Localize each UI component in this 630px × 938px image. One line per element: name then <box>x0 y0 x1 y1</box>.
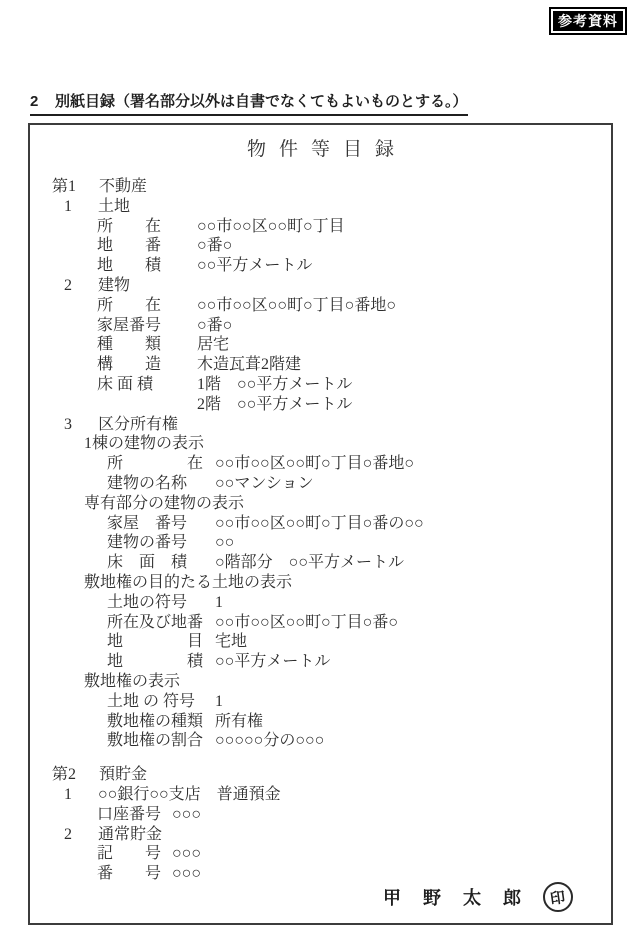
row-value: ○○市○○区○○町○丁目○番地○ <box>197 297 396 314</box>
row-whole-building-name: 建物の名称○○マンション <box>107 474 611 494</box>
row-site-right-ratio: 敷地権の割合○○○○○分の○○○ <box>107 731 611 751</box>
row-value: ○○平方メートル <box>215 653 330 670</box>
row-subheading-whole-building: 1棟の建物の表示 <box>84 434 611 454</box>
row-item-condo: 3区分所有権 <box>64 415 611 435</box>
row-value: 居宅 <box>197 336 229 353</box>
row-label: 土地の符号 <box>107 593 215 613</box>
seal-stamp: 印 <box>543 882 573 912</box>
item-title: 土地 <box>98 198 130 215</box>
item-title: ○○銀行○○支店 普通預金 <box>98 786 281 803</box>
row-value: ○○市○○区○○町○丁目 <box>197 218 345 235</box>
row-label: 敷地権の種類 <box>107 712 215 732</box>
list-title: 物件等目録 <box>30 138 611 162</box>
row-value: 1 <box>215 594 223 611</box>
row-label: 地 積 <box>97 256 197 276</box>
row-value: 1 <box>215 693 223 710</box>
row-building-floor-area-2f: 2階 ○○平方メートル <box>97 395 611 415</box>
property-list-box: 物件等目録 第1不動産 1土地 所 在○○市○○区○○町○丁目 地 番○番○ 地… <box>28 123 613 925</box>
row-site-right-land-symbol: 土地 の 符号1 <box>107 692 611 712</box>
row-bank-account-number: 口座番号○○○ <box>97 805 611 825</box>
row-value: ○○○ <box>172 865 201 882</box>
part-number: 第1 <box>52 177 99 197</box>
row-item-building: 2建物 <box>64 276 611 296</box>
row-label: 土地 の 符号 <box>107 692 215 712</box>
item-number: 3 <box>64 415 98 435</box>
row-label: 建物の名称 <box>107 474 215 494</box>
row-building-type: 種 類居宅 <box>97 335 611 355</box>
row-land-area: 地 積○○平方メートル <box>97 256 611 276</box>
row-label: 敷地権の割合 <box>107 731 215 751</box>
row-value: ○○市○○区○○町○丁目○番の○○ <box>215 515 424 532</box>
row-item-land: 1土地 <box>64 197 611 217</box>
row-site-land-symbol: 土地の符号1 <box>107 593 611 613</box>
row-value: 1階 ○○平方メートル <box>197 376 352 393</box>
row-value: 所有権 <box>215 713 263 730</box>
row-value: ○○市○○区○○町○丁目○番地○ <box>215 455 414 472</box>
row-site-land-area: 地 積○○平方メートル <box>107 652 611 672</box>
row-label: 床 面 積 <box>107 553 215 573</box>
row-value: ○○○ <box>172 845 201 862</box>
list-content: 第1不動産 1土地 所 在○○市○○区○○町○丁目 地 番○番○ 地 積○○平方… <box>30 177 611 884</box>
row-label: 家屋番号 <box>97 316 197 336</box>
item-number: 1 <box>64 785 98 805</box>
heading-text: 別紙目録（署名部分以外は自書でなくてもよいものとする。） <box>55 93 468 110</box>
row-value: ○○○ <box>172 806 201 823</box>
row-label: 所在及び地番 <box>107 613 215 633</box>
row-postal-number: 番 号○○○ <box>97 864 611 884</box>
row-label: 所 在 <box>97 217 197 237</box>
row-value: ○○市○○区○○町○丁目○番○ <box>215 614 398 631</box>
item-title: 建物 <box>98 277 130 294</box>
row-whole-building-location: 所 在○○市○○区○○町○丁目○番地○ <box>107 454 611 474</box>
signature: 甲野太郎 印 <box>383 882 573 912</box>
row-value: ○番○ <box>197 317 232 334</box>
row-part2: 第2預貯金 <box>52 765 611 785</box>
row-label: 所 在 <box>107 454 215 474</box>
row-value: 2階 ○○平方メートル <box>197 396 352 413</box>
row-label: 口座番号 <box>97 805 172 825</box>
row-label: 記 号 <box>97 844 172 864</box>
row-land-lot-number: 地 番○番○ <box>97 236 611 256</box>
row-value: ○階部分 ○○平方メートル <box>215 554 404 571</box>
seal-character: 印 <box>549 886 567 909</box>
item-title: 通常貯金 <box>98 826 162 843</box>
reference-badge-label: 参考資料 <box>553 11 623 31</box>
row-site-right-type: 敷地権の種類所有権 <box>107 712 611 732</box>
row-value: ○○○○○分の○○○ <box>215 732 324 749</box>
row-exclusive-house-number: 家屋 番号○○市○○区○○町○丁目○番の○○ <box>107 514 611 534</box>
part-title: 預貯金 <box>99 766 147 783</box>
row-part1: 第1不動産 <box>52 177 611 197</box>
part-number: 第2 <box>52 765 99 785</box>
item-number: 2 <box>64 825 98 845</box>
row-label: 番 号 <box>97 864 172 884</box>
row-subheading-site-right: 敷地権の表示 <box>84 672 611 692</box>
row-label: 構 造 <box>97 355 197 375</box>
row-item-bank: 1○○銀行○○支店 普通預金 <box>64 785 611 805</box>
item-title: 区分所有権 <box>98 416 178 433</box>
heading-number: 2 <box>30 93 55 110</box>
row-label: 所 在 <box>97 296 197 316</box>
row-label: 地 番 <box>97 236 197 256</box>
row-value: 木造瓦葺2階建 <box>197 356 301 373</box>
row-value: ○番○ <box>197 237 232 254</box>
row-value: 宅地 <box>215 633 247 650</box>
row-value: ○○ <box>215 534 234 551</box>
row-postal-symbol: 記 号○○○ <box>97 844 611 864</box>
row-value: ○○マンション <box>215 475 314 492</box>
row-label: 建物の番号 <box>107 533 215 553</box>
row-label: 床 面 積 <box>97 375 197 395</box>
row-subheading-site-right-land: 敷地権の目的たる土地の表示 <box>84 573 611 593</box>
signatory-name: 甲野太郎 <box>383 884 543 910</box>
row-label: 家屋 番号 <box>107 514 215 534</box>
row-building-house-number: 家屋番号○番○ <box>97 316 611 336</box>
row-exclusive-floor-area: 床 面 積○階部分 ○○平方メートル <box>107 553 611 573</box>
row-site-land-category: 地 目宅地 <box>107 632 611 652</box>
row-land-location: 所 在○○市○○区○○町○丁目 <box>97 217 611 237</box>
row-label: 地 積 <box>107 652 215 672</box>
row-subheading-exclusive-part: 専有部分の建物の表示 <box>84 494 611 514</box>
row-building-structure: 構 造木造瓦葺2階建 <box>97 355 611 375</box>
row-item-postal-savings: 2通常貯金 <box>64 825 611 845</box>
row-building-floor-area-1f: 床 面 積1階 ○○平方メートル <box>97 375 611 395</box>
row-building-location: 所 在○○市○○区○○町○丁目○番地○ <box>97 296 611 316</box>
item-number: 2 <box>64 276 98 296</box>
row-value: ○○平方メートル <box>197 257 312 274</box>
item-number: 1 <box>64 197 98 217</box>
part-title: 不動産 <box>99 178 147 195</box>
row-exclusive-building-number: 建物の番号○○ <box>107 533 611 553</box>
row-site-location-lot: 所在及び地番○○市○○区○○町○丁目○番○ <box>107 613 611 633</box>
row-label: 種 類 <box>97 335 197 355</box>
reference-badge: 参考資料 <box>549 7 627 35</box>
page-heading: 2別紙目録（署名部分以外は自書でなくてもよいものとする。） <box>30 90 468 116</box>
row-label: 地 目 <box>107 632 215 652</box>
